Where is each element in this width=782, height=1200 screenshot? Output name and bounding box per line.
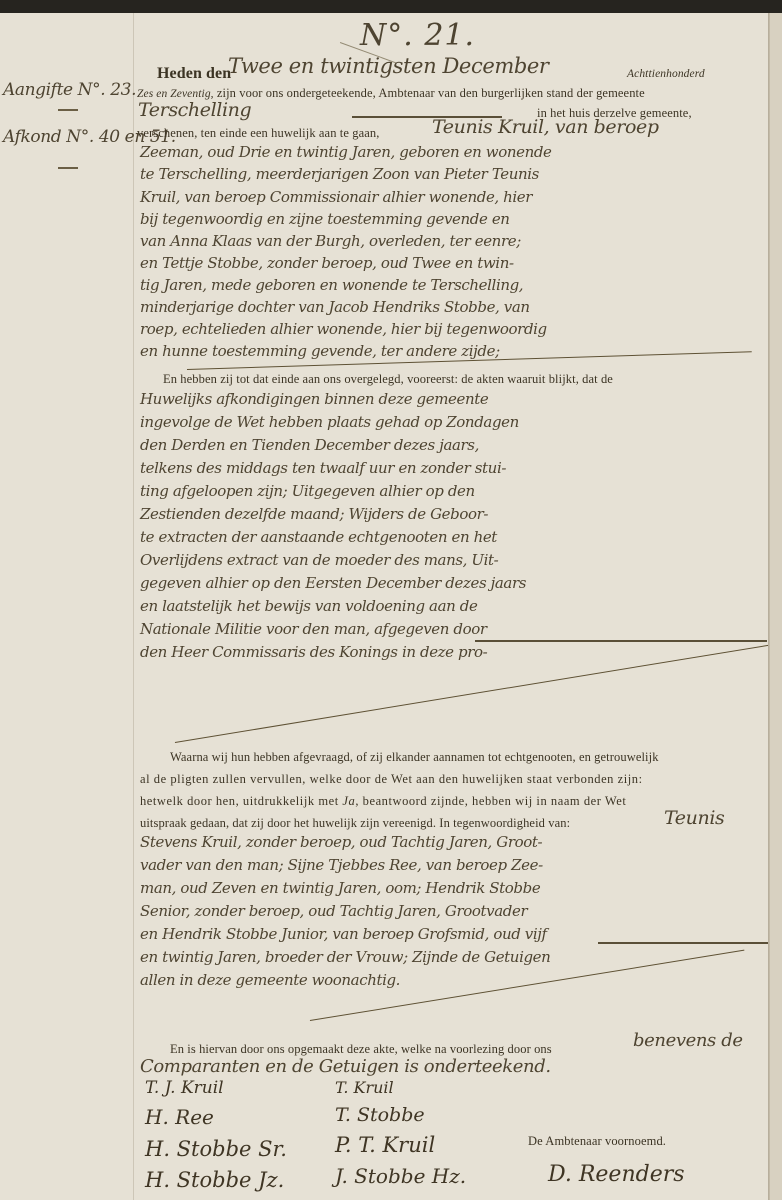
closing-hand-2: Comparanten en de Getuigen is onderteeke… [140,1056,551,1077]
gemeente-handwritten: Terschelling [138,99,251,121]
signature: J. Stobbe Hz. [335,1164,466,1188]
margin-dash [58,109,78,111]
vows-line: Waarna wij hun hebben afgevraagd, of zij… [170,750,659,765]
witness-line: Senior, zonder beroep, oud Tachtig Jaren… [140,902,527,920]
ambtenaar-label: De Ambtenaar voornoemd. [528,1134,666,1149]
vows-line: uitspraak gedaan, dat zij door het huwel… [140,816,570,831]
party-line: minderjarige dochter van Jacob Hendriks … [140,298,530,316]
document-line: gegeven alhier op den Eersten December d… [140,574,526,592]
signature: T. Kruil [335,1078,394,1097]
party-line: Teunis Kruil, van beroep [432,116,659,138]
document-line: en laatstelijk het bewijs van voldoening… [140,597,477,615]
signature: H. Stobbe Jz. [145,1168,284,1192]
party-line: Kruil, van beroep Commissionair alhier w… [140,188,532,206]
witness-line: en Hendrik Stobbe Junior, van beroep Gro… [140,925,547,943]
ambtenaar-signature: D. Reenders [548,1162,685,1187]
signature: H. Stobbe Sr. [145,1137,287,1161]
party-line: te Terschelling, meerderjarigen Zoon van… [140,165,539,183]
heden-den: Heden den [157,65,231,83]
party-line: bij tegenwoordig en zijne toestemming ge… [140,210,510,228]
verschenen: verschenen, ten einde een huwelijk aan t… [137,126,379,141]
witness-line: Stevens Kruil, zonder beroep, oud Tachti… [140,833,542,851]
signature: H. Ree [145,1105,214,1129]
document-line: Zestienden dezelfde maand; Wijders de Ge… [140,505,488,523]
signature: P. T. Kruil [335,1133,435,1157]
act-number: N°. 21. [360,18,475,53]
document-line: ting afgeloopen zijn; Uitgegeven alhier … [140,482,475,500]
witness-line: en twintig Jaren, broeder der Vrouw; Zij… [140,948,550,966]
vows-line: hetwelk door hen, uitdrukkelijk met Ja, … [140,794,626,809]
party-line: van Anna Klaas van der Burgh, overleden,… [140,232,521,250]
witness-end-rule [598,942,768,944]
vows-line: al de pligten zullen vervullen, welke do… [140,772,643,787]
document-line: Overlijdens extract van de moeder des ma… [140,551,498,569]
document-line: telkens des middags ten twaalf uur en zo… [140,459,506,477]
document-line: ingevolge de Wet hebben plaats gehad op … [140,413,519,431]
party-line: en hunne toestemming gevende, ter andere… [140,342,500,360]
party-line: Zeeman, oud Drie en twintig Jaren, gebor… [140,143,552,161]
year-print-1: Achttienhonderd [627,68,705,80]
closing-hand-1: benevens de [633,1030,743,1051]
margin-dash [58,167,78,169]
document-line: Nationale Militie voor den man, afgegeve… [140,620,487,638]
party-line: roep, echtelieden alhier wonende, hier b… [140,320,547,338]
document-line: den Heer Commissaris des Konings in deze… [140,643,487,661]
party-line: tig Jaren, mede geboren en wonende te Te… [140,276,523,294]
witness-line: Teunis [664,807,724,829]
document-line: Huwelijks afkondigingen binnen deze geme… [140,390,488,408]
scan-top-border [0,0,782,13]
page-edge [769,13,782,1200]
margin-rule [133,13,134,1200]
witness-line: vader van den man; Sijne Tjebbes Ree, va… [140,856,543,874]
closing-text: En is hiervan door ons opgemaakt deze ak… [170,1042,552,1057]
documents-intro: En hebben zij tot dat einde aan ons over… [163,372,613,387]
party-line: en Tettje Stobbe, zonder beroep, oud Twe… [140,254,514,272]
signature: T. J. Kruil [145,1078,224,1098]
document-line: den Derden en Tienden December dezes jaa… [140,436,479,454]
date-handwritten: Twee en twintigsten December [228,54,549,78]
document-line: te extracten der aanstaande echtgenooten… [140,528,497,546]
witness-line: allen in deze gemeente woonachtig. [140,971,400,989]
signature: T. Stobbe [335,1104,425,1126]
margin-note-aangifte: Aangifte N°. 23. [3,80,136,100]
witness-line: man, oud Zeven en twintig Jaren, oom; He… [140,879,540,897]
documents-end-rule [475,640,767,642]
